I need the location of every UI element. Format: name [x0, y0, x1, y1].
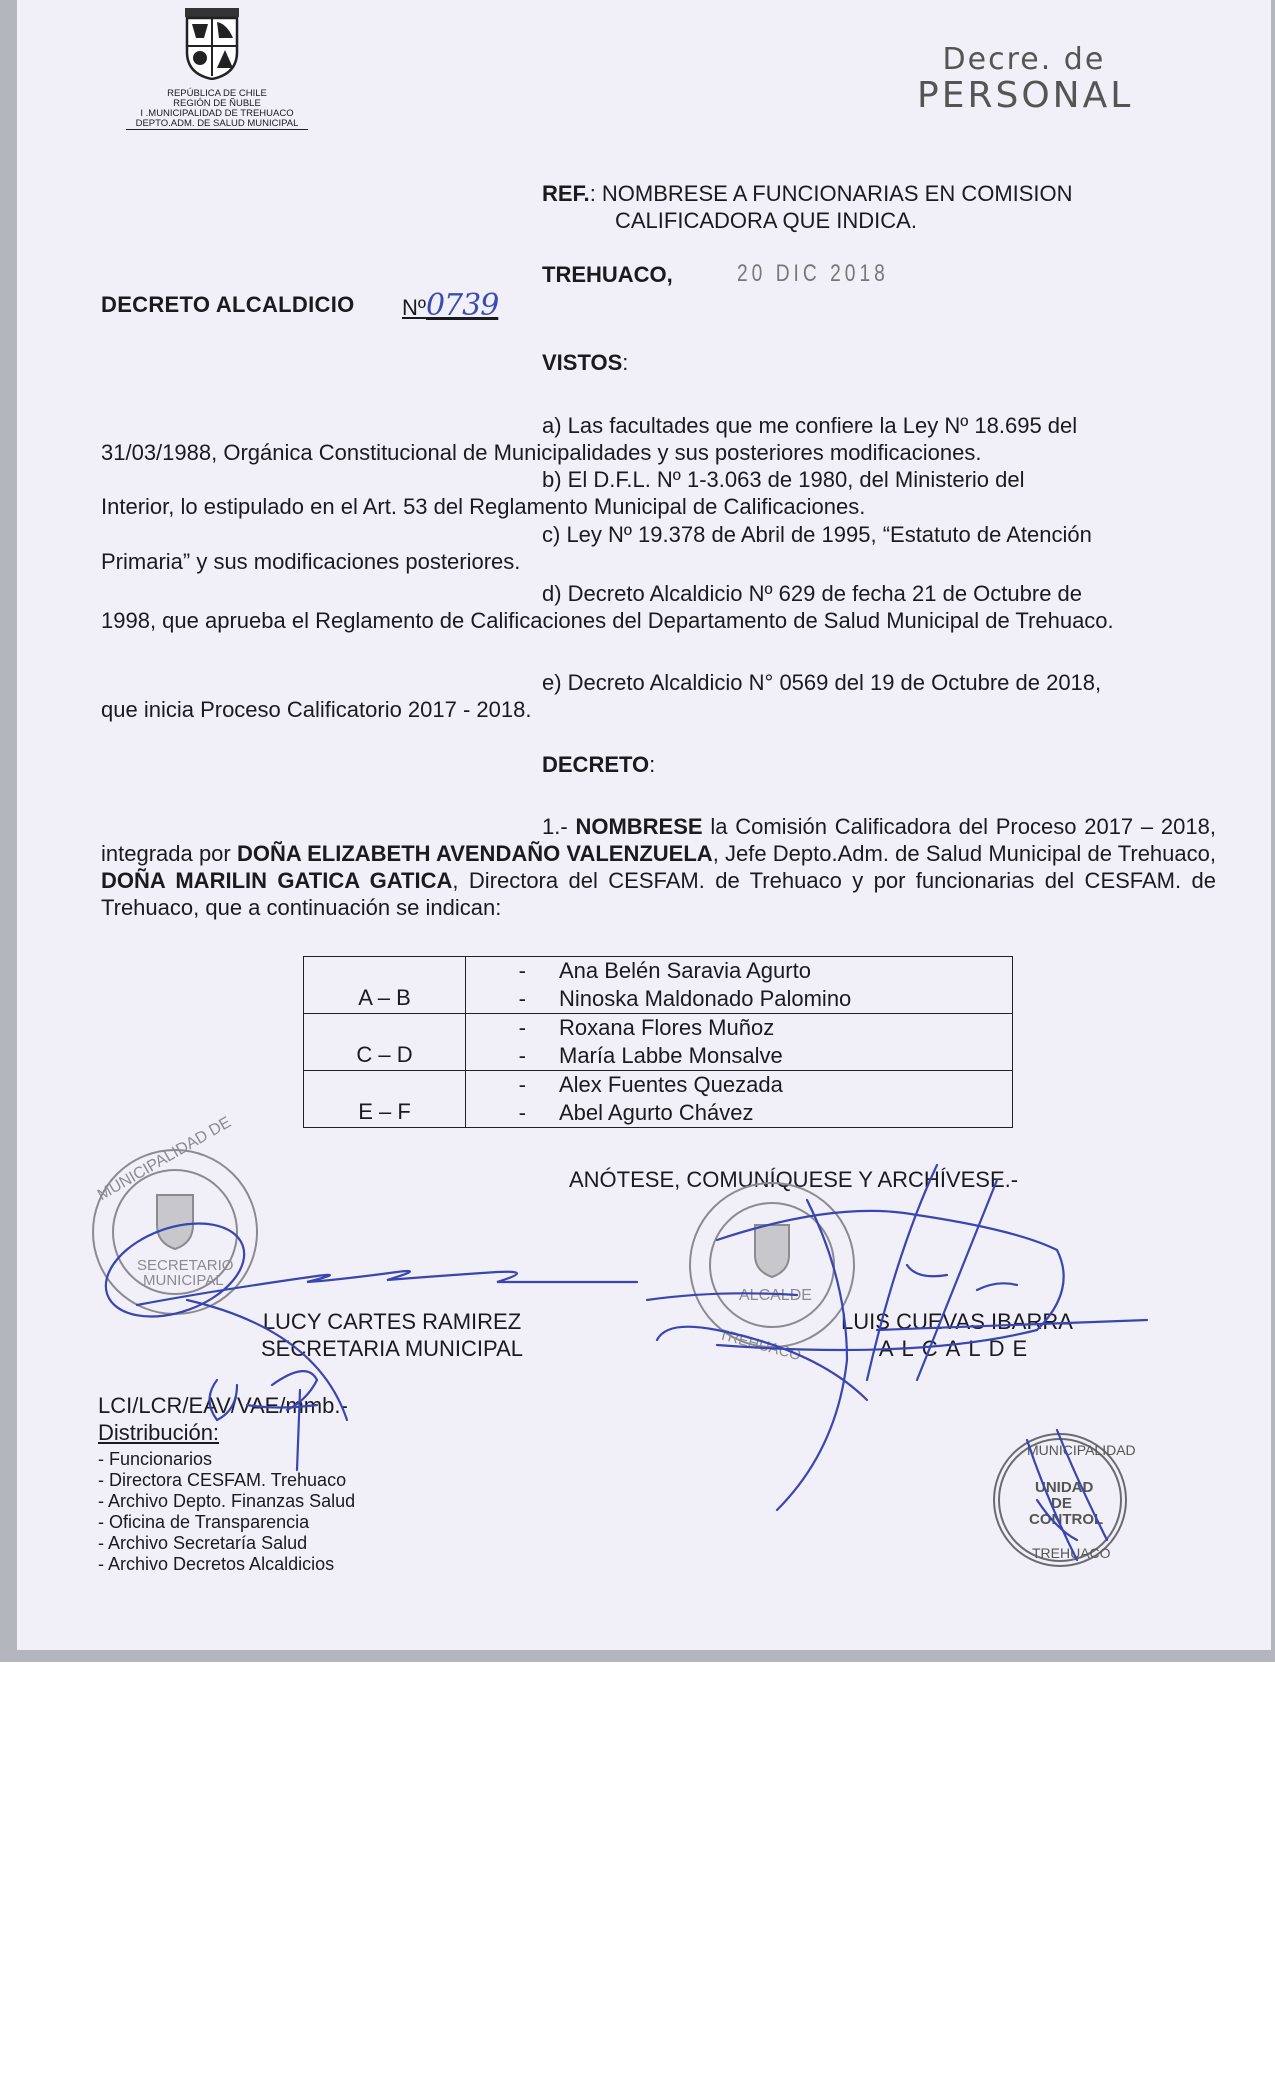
vistos-colon: : — [622, 350, 628, 375]
considerando-rest: 1998, que aprueba el Reglamento de Calif… — [101, 607, 1216, 634]
list-item: - Archivo Secretaría Salud — [98, 1533, 355, 1554]
svg-text:CONTROL: CONTROL — [1029, 1511, 1103, 1528]
decree-number: Nº0739 — [402, 288, 498, 323]
decreto-label: DECRETO — [542, 752, 649, 777]
member-name: Ana Belén Saravia Agurto — [559, 957, 811, 985]
group-cell: C – D — [304, 1014, 466, 1071]
stamp-line-1: Decre. de — [917, 42, 1133, 77]
stamp-line-2: PERSONAL — [917, 75, 1133, 116]
considerando-first-line: d) Decreto Alcaldicio Nº 629 de fecha 21… — [101, 580, 1216, 607]
svg-text:SECRETARIO: SECRETARIO — [137, 1257, 233, 1274]
table-row: C – D -Roxana Flores Muñoz -María Labbe … — [304, 1014, 1013, 1071]
considerando-d: d) Decreto Alcaldicio Nº 629 de fecha 21… — [101, 580, 1216, 634]
closing-formula: ANÓTESE, COMUNÍQUESE Y ARCHÍVESE.- — [569, 1167, 1018, 1193]
signature-block-alcalde: LUIS CUEVAS IBARRA ALCALDE — [792, 1308, 1122, 1362]
signatory-name: LUIS CUEVAS IBARRA — [792, 1308, 1122, 1335]
resolution-text: , Jefe Depto.Adm. de Salud Municipal de … — [713, 841, 1216, 866]
members-cell: -Alex Fuentes Quezada -Abel Agurto Cháve… — [466, 1071, 1013, 1128]
signatory-name: LUCY CARTES RAMIREZ — [227, 1308, 557, 1335]
decreto-heading: DECRETO: — [542, 752, 655, 778]
member-name: Roxana Flores Muñoz — [559, 1014, 774, 1042]
list-item: - Oficina de Transparencia — [98, 1512, 355, 1533]
list-item: - Funcionarios — [98, 1449, 355, 1470]
considerando-rest: Primaria” y sus modificaciones posterior… — [101, 548, 1216, 575]
group-cell: E – F — [304, 1071, 466, 1128]
svg-text:MUNICIPALIDAD DE: MUNICIPALIDAD DE — [95, 1114, 234, 1204]
svg-text:UNIDAD: UNIDAD — [1035, 1479, 1093, 1496]
letterhead: REPÚBLICA DE CHILE REGIÓN DE ÑUBLE I .MU… — [107, 89, 327, 130]
svg-text:MUNICIPALIDAD: MUNICIPALIDAD — [1027, 1442, 1136, 1458]
letterhead-department: DEPTO.ADM. DE SALUD MUNICIPAL — [126, 119, 309, 130]
considerando-rest: Interior, lo estipulado en el Art. 53 de… — [101, 493, 1216, 520]
vistos-label: VISTOS — [542, 350, 622, 375]
considerando-first-line: e) Decreto Alcaldicio N° 0569 del 19 de … — [101, 669, 1216, 696]
svg-text:MUNICIPAL: MUNICIPAL — [143, 1272, 224, 1289]
signature-block-secretaria: LUCY CARTES RAMIREZ SECRETARIA MUNICIPAL — [227, 1308, 557, 1362]
considerando-b: b) El D.F.L. Nº 1-3.063 de 1980, del Min… — [101, 466, 1216, 520]
member-name: DOÑA ELIZABETH AVENDAÑO VALENZUELA — [237, 841, 713, 866]
member-name: María Labbe Monsalve — [559, 1042, 783, 1070]
initials: LCI/LCR/EAV/VAE/mmb.- — [98, 1393, 348, 1419]
considerando-first-line: a) Las facultades que me confiere la Ley… — [101, 412, 1216, 439]
resolution-verb: NOMBRESE — [575, 814, 702, 839]
table-row: E – F -Alex Fuentes Quezada -Abel Agurto… — [304, 1071, 1013, 1128]
ref-line-1: : NOMBRESE A FUNCIONARIAS EN COMISION — [590, 181, 1073, 206]
considerando-c: c) Ley Nº 19.378 de Abril de 1995, “Esta… — [101, 521, 1216, 575]
decree-title: DECRETO ALCALDICIO — [101, 292, 355, 318]
place-label: TREHUACO, — [542, 262, 673, 288]
considerando-rest: 31/03/1988, Orgánica Constitucional de M… — [101, 439, 1216, 466]
commission-table: A – B -Ana Belén Saravia Agurto -Ninoska… — [303, 956, 1013, 1128]
secretaria-seal-icon: SECRETARIO MUNICIPAL MUNICIPALIDAD DE — [93, 1114, 257, 1314]
signatory-role: SECRETARIA MUNICIPAL — [227, 1335, 557, 1362]
list-item: - Directora CESFAM. Trehuaco — [98, 1470, 355, 1491]
member-name: Alex Fuentes Quezada — [559, 1071, 783, 1099]
list-item: - Archivo Depto. Finanzas Salud — [98, 1491, 355, 1512]
decree-number-handwritten: 0739 — [426, 288, 498, 323]
distribution-list: - Funcionarios - Directora CESFAM. Trehu… — [98, 1449, 355, 1575]
considerando-first-line: b) El D.F.L. Nº 1-3.063 de 1980, del Min… — [101, 466, 1216, 493]
considerando-a: a) Las facultades que me confiere la Ley… — [101, 412, 1216, 466]
svg-text:TREHUACO: TREHUACO — [1032, 1545, 1111, 1561]
considerando-rest: que inicia Proceso Calificatorio 2017 - … — [101, 696, 1216, 723]
list-item: - Archivo Decretos Alcaldicios — [98, 1554, 355, 1575]
member-name: Abel Agurto Chávez — [559, 1099, 753, 1127]
group-cell: A – B — [304, 957, 466, 1014]
decreto-colon: : — [649, 752, 655, 777]
ref-label: REF. — [542, 181, 590, 206]
control-signature-icon — [1027, 1430, 1107, 1560]
members-cell: -Ana Belén Saravia Agurto -Ninoska Maldo… — [466, 957, 1013, 1014]
distribution-label: Distribución: — [98, 1420, 219, 1446]
considerando-e: e) Decreto Alcaldicio N° 0569 del 19 de … — [101, 669, 1216, 723]
signatory-role: ALCALDE — [792, 1335, 1122, 1362]
document-page: REPÚBLICA DE CHILE REGIÓN DE ÑUBLE I .MU… — [17, 0, 1271, 1650]
member-name: DOÑA MARILIN GATICA GATICA — [101, 868, 452, 893]
resolution-1: 1.- NOMBRESE la Comisión Calificadora de… — [101, 813, 1216, 921]
resolution-number: 1.- — [101, 814, 568, 839]
members-cell: -Roxana Flores Muñoz -María Labbe Monsal… — [466, 1014, 1013, 1071]
coat-of-arms-icon — [175, 8, 249, 80]
svg-text:DE: DE — [1051, 1495, 1072, 1512]
ref-line-2: CALIFICADORA QUE INDICA. — [542, 207, 1073, 234]
considerando-first-line: c) Ley Nº 19.378 de Abril de 1995, “Esta… — [101, 521, 1216, 548]
vistos-heading: VISTOS: — [542, 350, 628, 376]
reference-block: REF.: NOMBRESE A FUNCIONARIAS EN COMISIO… — [542, 180, 1073, 234]
personal-decree-stamp: Decre. de PERSONAL — [917, 42, 1133, 116]
date-stamp: 20 DIC 2018 — [737, 260, 889, 288]
table-row: A – B -Ana Belén Saravia Agurto -Ninoska… — [304, 957, 1013, 1014]
svg-text:ALCALDE: ALCALDE — [739, 1287, 812, 1304]
svg-text:TREHUACO: TREHUACO — [717, 1326, 803, 1364]
control-seal-icon: UNIDAD DE CONTROL TREHUACO MUNICIPALIDAD — [994, 1434, 1136, 1566]
decree-number-label: Nº — [402, 295, 426, 320]
member-name: Ninoska Maldonado Palomino — [559, 985, 851, 1013]
